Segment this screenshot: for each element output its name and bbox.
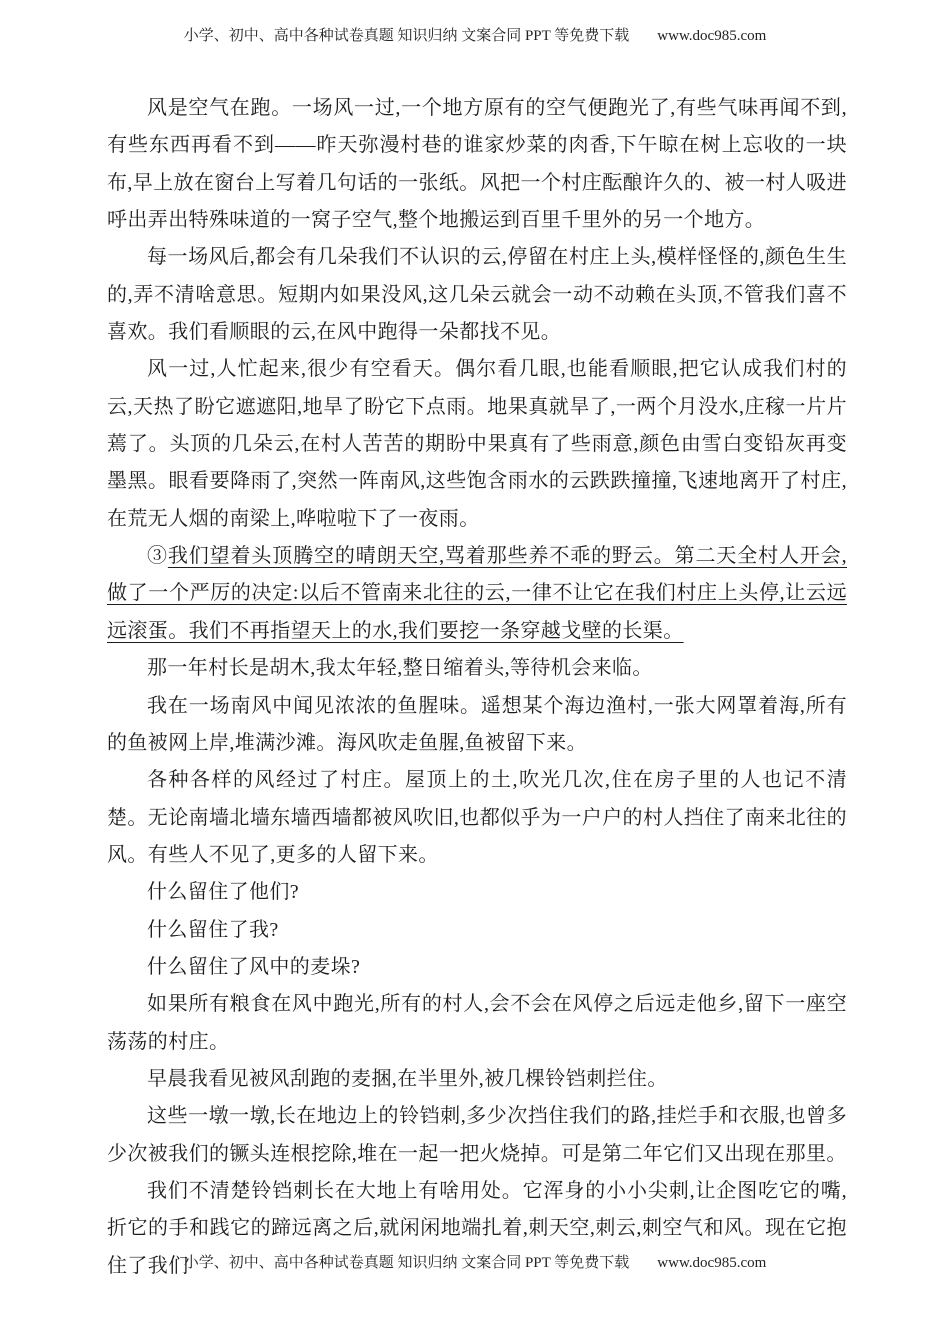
footer-watermark-text: 小学、初中、高中各种试卷真题 知识归纳 文案合同 PPT 等免费下载 (184, 1255, 630, 1271)
paragraph-text: 那一年村长是胡木,我太年轻,整日缩着头,等待机会来临。 (147, 657, 653, 679)
paragraph: 每一场风后,都会有几朵我们不认识的云,停留在村庄上头,模样怪怪的,颜色生生的,弄… (107, 239, 847, 351)
paragraph: 什么留住了我? (107, 912, 847, 949)
paragraph-text: 这些一墩一墩,长在地边上的铃铛刺,多少次挡住我们的路,挂烂手和衣服,也曾多少次被… (107, 1105, 847, 1164)
paragraph-text: 我们望着头顶腾空的晴朗天空,骂着那些养不乖的野云。第二天全村人开会,做了一个严厉… (107, 545, 847, 642)
paragraph-text: 每一场风后,都会有几朵我们不认识的云,停留在村庄上头,模样怪怪的,颜色生生的,弄… (107, 246, 847, 343)
paragraph: 风一过,人忙起来,很少有空看天。偶尔看几眼,也能看顺眼,把它认成我们村的云,天热… (107, 351, 847, 538)
paragraph-text: 什么留住了风中的麦垛? (147, 956, 360, 978)
paragraph: ③我们望着头顶腾空的晴朗天空,骂着那些养不乖的野云。第二天全村人开会,做了一个严… (107, 538, 847, 650)
paragraph-text: 如果所有粮食在风中跑光,所有的村人,会不会在风停之后远走他乡,留下一座空荡荡的村… (107, 993, 847, 1052)
header-watermark-text: 小学、初中、高中各种试卷真题 知识归纳 文案合同 PPT 等免费下载 (184, 28, 630, 44)
paragraph: 这些一墩一墩,长在地边上的铃铛刺,多少次挡住我们的路,挂烂手和衣服,也曾多少次被… (107, 1098, 847, 1173)
header-watermark-url: www.doc985.com (657, 28, 766, 44)
paragraph-text: 各种各样的风经过了村庄。屋顶上的土,吹光几次,住在房子里的人也记不清楚。无论南墙… (107, 769, 847, 866)
paragraph-text: 什么留住了我? (147, 919, 279, 941)
paragraph: 什么留住了他们? (107, 874, 847, 911)
paragraph: 风是空气在跑。一场风一过,一个地方原有的空气便跑光了,有些气味再闻不到,有些东西… (107, 90, 847, 239)
article-body: 风是空气在跑。一场风一过,一个地方原有的空气便跑光了,有些气味再闻不到,有些东西… (107, 90, 847, 1285)
paragraph: 什么留住了风中的麦垛? (107, 949, 847, 986)
paragraph-marker: ③ (147, 545, 168, 567)
paragraph: 早晨我看见被风刮跑的麦捆,在半里外,被几棵铃铛刺拦住。 (107, 1061, 847, 1098)
page-header: 小学、初中、高中各种试卷真题 知识归纳 文案合同 PPT 等免费下载www.do… (0, 26, 950, 46)
paragraph-text: 早晨我看见被风刮跑的麦捆,在半里外,被几棵铃铛刺拦住。 (147, 1068, 668, 1090)
paragraph-text: 风一过,人忙起来,很少有空看天。偶尔看几眼,也能看顺眼,把它认成我们村的云,天热… (107, 358, 847, 529)
footer-watermark-url: www.doc985.com (657, 1255, 766, 1271)
paragraph-text: 风是空气在跑。一场风一过,一个地方原有的空气便跑光了,有些气味再闻不到,有些东西… (107, 97, 847, 231)
paragraph-text: 我在一场南风中闻见浓浓的鱼腥味。遥想某个海边渔村,一张大网罩着海,所有的鱼被网上… (107, 695, 847, 754)
paragraph: 我在一场南风中闻见浓浓的鱼腥味。遥想某个海边渔村,一张大网罩着海,所有的鱼被网上… (107, 688, 847, 763)
page-footer: 小学、初中、高中各种试卷真题 知识归纳 文案合同 PPT 等免费下载www.do… (0, 1253, 950, 1273)
paragraph: 如果所有粮食在风中跑光,所有的村人,会不会在风停之后远走他乡,留下一座空荡荡的村… (107, 986, 847, 1061)
paragraph: 那一年村长是胡木,我太年轻,整日缩着头,等待机会来临。 (107, 650, 847, 687)
paragraph-text: 什么留住了他们? (147, 881, 299, 903)
document-page: 小学、初中、高中各种试卷真题 知识归纳 文案合同 PPT 等免费下载www.do… (0, 0, 950, 1344)
paragraph: 各种各样的风经过了村庄。屋顶上的土,吹光几次,住在房子里的人也记不清楚。无论南墙… (107, 762, 847, 874)
